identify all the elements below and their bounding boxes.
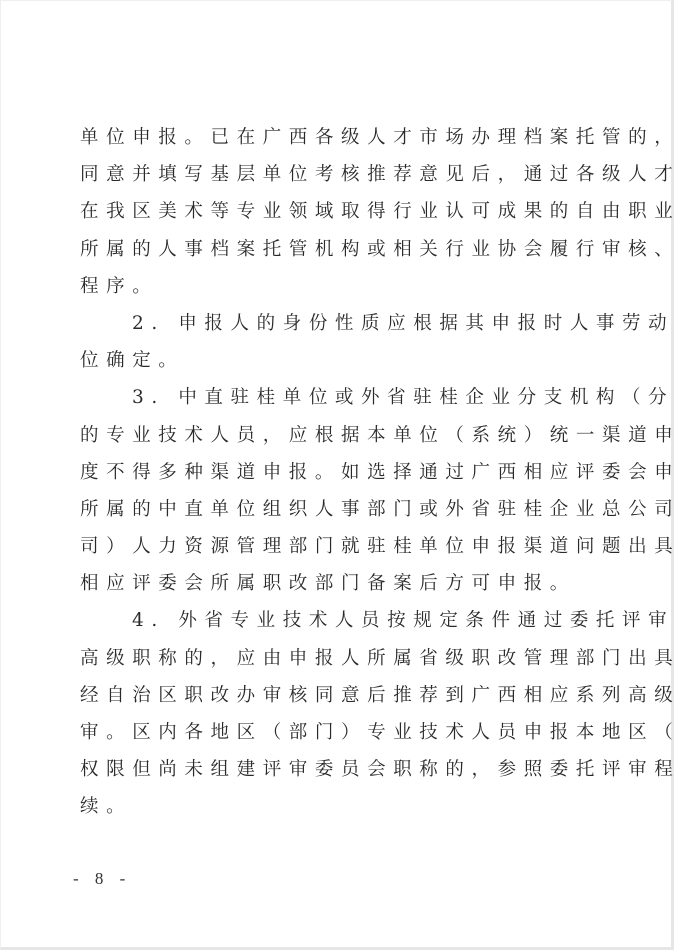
text-line: 所属的人事档案托管机构或相关行业协会履行审核、公示、推荐等 [80,231,608,268]
text-line: 在我区美术等专业领域取得行业认可成果的自由职业者，可由政府 [80,193,608,230]
page-number: - 8 - [73,869,131,889]
document-page: 单位申报。已在广西各级人才市场办理档案托管的，可经所在单位 同意并填写基层单位考… [0,0,674,950]
text-line: 高级职称的，应由申报人所属省级职改管理部门出具委托材料，并 [80,640,608,677]
text-line: 4. 外省专业技术人员按规定条件通过委托评审方式到广西评审 [80,602,608,639]
text-line: 位确定。 [80,342,608,379]
paragraph-continuation: 单位申报。已在广西各级人才市场办理档案托管的，可经所在单位 同意并填写基层单位考… [80,119,608,305]
paragraph-item-3: 3. 中直驻桂单位或外省驻桂企业分支机构（分公司、办事处等） 的专业技术人员，应… [80,379,608,602]
text-line: 所属的中直单位组织人事部门或外省驻桂企业总公司（总部、集团公 [80,491,608,528]
text-line: 单位申报。已在广西各级人才市场办理档案托管的，可经所在单位 [80,119,608,156]
text-line: 经自治区职改办审核同意后推荐到广西相应系列高级评审委员会评 [80,677,608,714]
text-line: 同意并填写基层单位考核推荐意见后，通过各级人才市场推荐申报。 [80,156,608,193]
text-line: 审。区内各地区（部门）专业技术人员申报本地区（部门）有评审 [80,714,608,751]
text-line: 程序。 [80,268,608,305]
text-line: 续。 [80,788,608,825]
paragraph-item-2: 2. 申报人的身份性质应根据其申报时人事劳动关系所在工作单 位确定。 [80,305,608,379]
text-line: 度不得多种渠道申报。如选择通过广西相应评委会申报的，由该单位 [80,454,608,491]
paragraph-item-4: 4. 外省专业技术人员按规定条件通过委托评审方式到广西评审 高级职称的，应由申报… [80,602,608,825]
text-line: 权限但尚未组建评审委员会职称的，参照委托评审程序办理相关手 [80,751,608,788]
text-line: 的专业技术人员，应根据本单位（系统）统一渠道申报职称，同一年 [80,417,608,454]
text-line: 3. 中直驻桂单位或外省驻桂企业分支机构（分公司、办事处等） [80,379,608,416]
text-line: 相应评委会所属职改部门备案后方可申报。 [80,565,608,602]
document-body: 单位申报。已在广西各级人才市场办理档案托管的，可经所在单位 同意并填写基层单位考… [80,119,608,826]
text-line: 2. 申报人的身份性质应根据其申报时人事劳动关系所在工作单 [80,305,608,342]
text-line: 司）人力资源管理部门就驻桂单位申报渠道问题出具书面意见，并报 [80,528,608,565]
